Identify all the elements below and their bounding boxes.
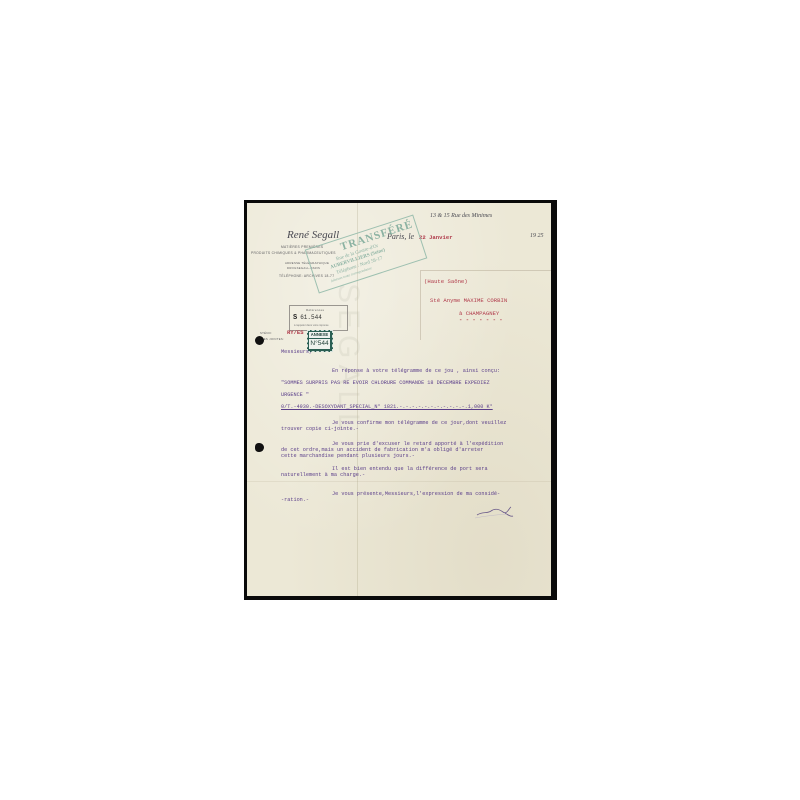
letterhead-sender: René Segall: [287, 229, 339, 241]
recipient-underline: - - - - - - -: [459, 316, 503, 323]
punch-hole: [255, 443, 264, 452]
letter-paper: SEGALL 13 & 15 Rue des Minimes René Sega…: [247, 203, 551, 596]
annexe-number: N°544: [309, 339, 330, 349]
letter-date: 22 Janvier: [419, 234, 453, 241]
letterhead-address: 13 & 15 Rue des Minimes: [430, 213, 492, 219]
steno-initials: RY/ES: [287, 329, 304, 336]
signature: [475, 505, 515, 519]
reference-number: S61.544: [293, 314, 322, 322]
reference-box: Références S61.544 à rappeler dans votre…: [289, 305, 348, 331]
punch-hole: [255, 336, 264, 345]
reference-sub: à rappeler dans votre réponse: [294, 324, 329, 327]
steno-label: Sténo:: [260, 331, 272, 335]
telegram-text: URGENCE ": [281, 392, 309, 398]
reference-prefix: S: [293, 314, 297, 322]
annexe-title: ANNEXE: [309, 332, 330, 338]
body-paragraph: -ration.-: [281, 497, 309, 503]
paper-fold: [247, 481, 551, 482]
order-line: 0/T.-4930.-DESOXYDANT_SPECIAL_N° 1821.-.…: [281, 404, 493, 410]
body-paragraph: naturellement à ma charge.-: [281, 472, 365, 478]
body-paragraph: En réponse à votre télégramme de ce jou …: [332, 368, 500, 374]
body-paragraph: cette marchandise pendant plusieurs jour…: [281, 453, 415, 459]
transfer-stamp: TRANSFÉRÉ Rue de la Goutte-d'Or AUBERVIL…: [305, 215, 428, 294]
telegram-text: "SOMMES SURPRIS PAS RE EVOIR CHLORURE CO…: [281, 380, 490, 386]
body-paragraph: trouver copie ci-jointe.-: [281, 426, 359, 432]
reference-label: Références: [306, 308, 324, 312]
reference-value: 61.544: [300, 314, 322, 321]
recipient-region: (Haute Saône): [424, 278, 468, 285]
letter-year: 19 25: [530, 233, 544, 239]
recipient-company: Sté Anyme MAXIME CORBIN: [430, 297, 507, 304]
body-paragraph: Je vous présente,Messieurs,l'expression …: [332, 491, 500, 497]
salutation: Messieurs,: [281, 349, 312, 355]
